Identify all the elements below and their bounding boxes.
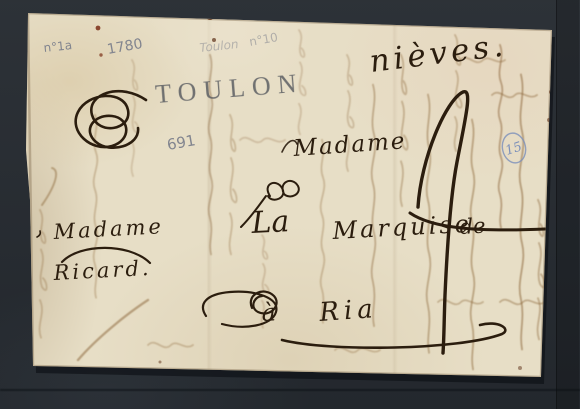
background-shadow-line [0,389,580,391]
background-seam-band [557,0,579,409]
letter-photo: n°1a 1780 Toulon n°10 691 TOULON nièves.… [0,0,580,409]
letter-paper [0,0,580,409]
